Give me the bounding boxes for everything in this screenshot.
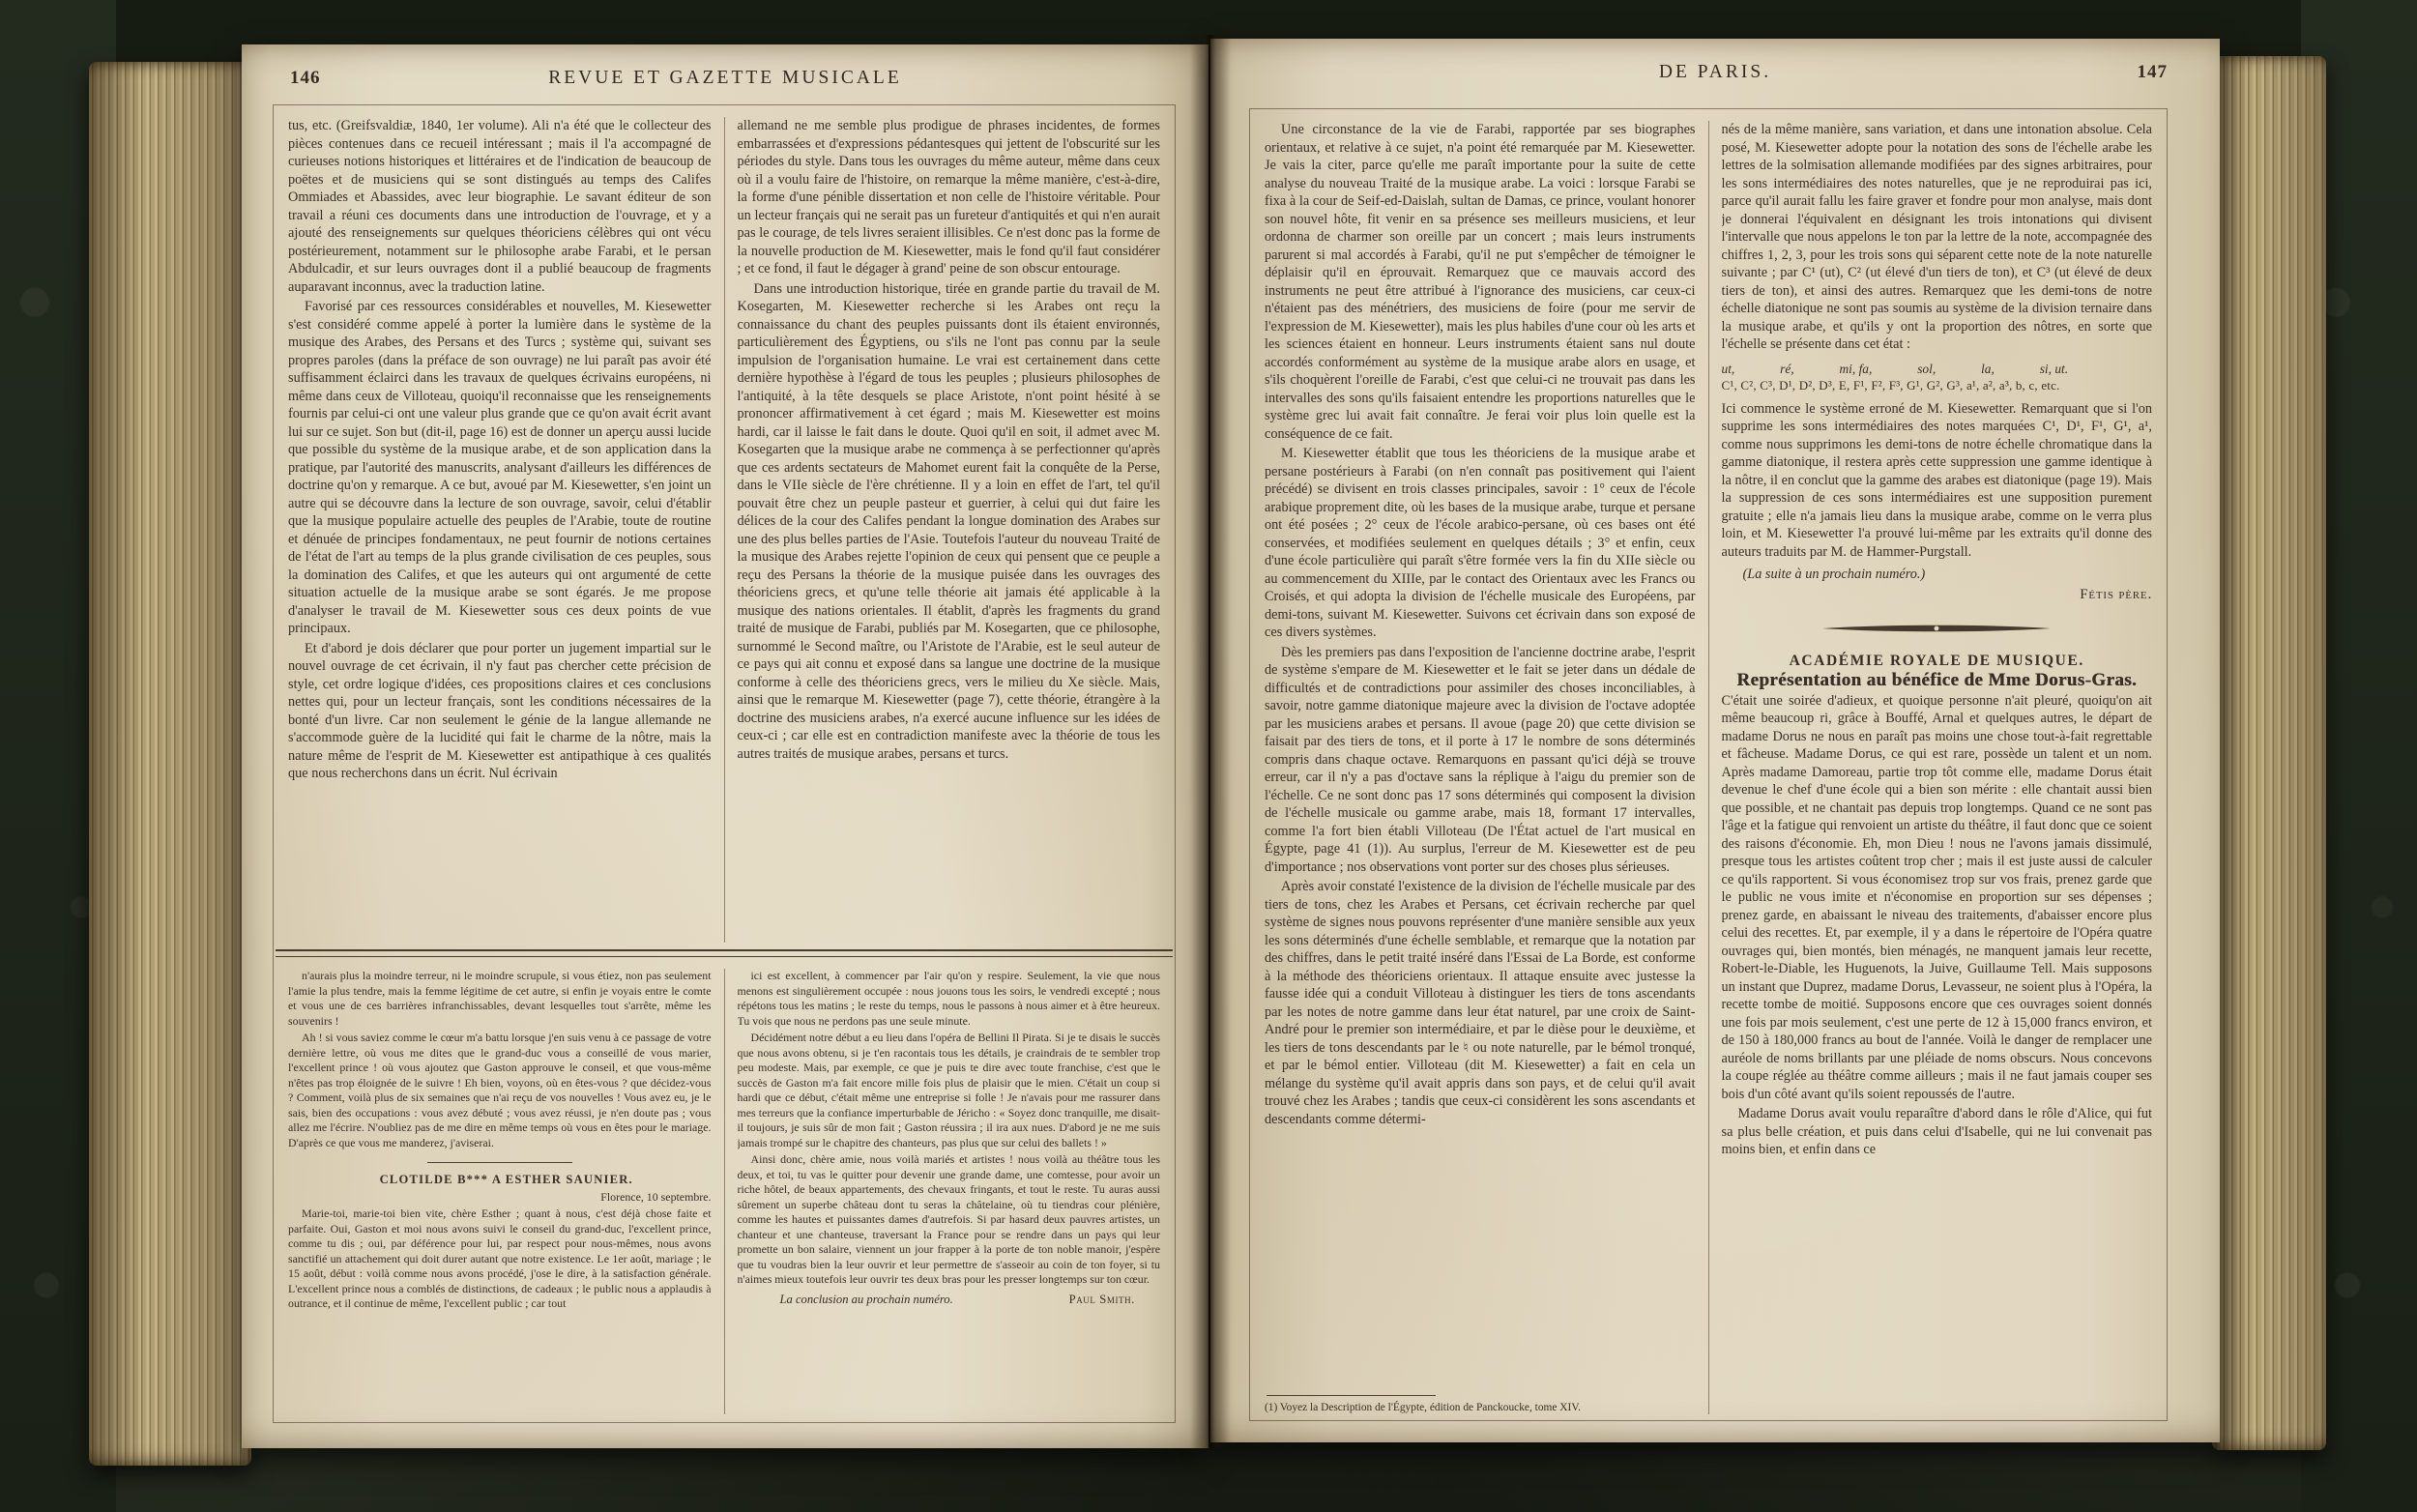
column-rule — [1708, 121, 1709, 1414]
feuilleton-column-2: ici est excellent, à commencer par l'air… — [738, 969, 1161, 1414]
to-be-continued-note: La conclusion au prochain numéro. — [780, 1293, 953, 1308]
paragraph: tus, etc. (Greifsvaldiæ, 1840, 1er volum… — [288, 117, 712, 296]
book-scan: { "left_page": { "page_number": "146", "… — [0, 0, 2417, 1512]
column-rule — [724, 117, 725, 943]
paragraph: Après avoir constaté l'existence de la d… — [1265, 878, 1696, 1128]
paragraph: Une circonstance de la vie de Farabi, ra… — [1265, 121, 1696, 443]
paragraph: Favorisé par ces ressources considérable… — [288, 298, 712, 638]
paragraph: n'aurais plus la moindre terreur, ni le … — [288, 969, 712, 1029]
article-columns: Une circonstance de la vie de Farabi, ra… — [1250, 109, 2167, 1420]
paragraph: Décidément notre début a eu lieu dans l'… — [738, 1031, 1161, 1150]
article-text: Ici commence le système erroné de M. Kie… — [1722, 400, 2153, 562]
author-signature: Fétis père. — [1722, 586, 2153, 604]
section-subheading: Représentation au bénéfice de Mme Dorus-… — [1722, 672, 2153, 690]
music-scale-notation: ut, ré, mi, fa, sol, la, si, ut. C¹, C²,… — [1722, 361, 2153, 393]
review-text: C'était une soirée d'adieux, et quoique … — [1722, 692, 2153, 1159]
paragraph: Et d'abord je dois déclarer que pour por… — [288, 640, 712, 783]
paragraph: C'était une soirée d'adieux, et quoique … — [1722, 692, 2153, 1104]
right-page-header: DE PARIS. 147 — [1210, 62, 2220, 89]
left-page-frame: tus, etc. (Greifsvaldiæ, 1840, 1er volum… — [273, 104, 1176, 1423]
running-title: DE PARIS. — [1210, 62, 2220, 83]
article-column-2: allemand ne me semble plus prodigue de p… — [738, 117, 1161, 943]
page-edges-right — [2212, 56, 2326, 1450]
column-rule — [724, 969, 725, 1414]
letter-heading: CLOTILDE B*** A ESTHER SAUNIER. — [288, 1173, 712, 1188]
article-text: Une circonstance de la vie de Farabi, ra… — [1265, 121, 1696, 1389]
to-be-continued-note: (La suite à un prochain numéro.) — [1722, 566, 2153, 584]
feuilleton-column-1: n'aurais plus la moindre terreur, ni le … — [288, 969, 712, 1414]
right-page-frame: Une circonstance de la vie de Farabi, ra… — [1249, 108, 2168, 1421]
footnote-text: (1) Voyez la Description de l'Égypte, éd… — [1265, 1401, 1696, 1414]
feuilleton-closing-row: La conclusion au prochain numéro. Paul S… — [738, 1290, 1161, 1308]
scale-solfege-row: ut, ré, mi, fa, sol, la, si, ut. — [1722, 361, 2153, 377]
paragraph: M. Kiesewetter établit que tous les théo… — [1265, 445, 1696, 642]
swelled-rule-ornament — [1722, 621, 2153, 639]
page-edges-left — [89, 62, 251, 1466]
feuilleton-letter-body: Marie-toi, marie-toi bien vite, chère Es… — [288, 1207, 712, 1312]
section-heading: ACADÉMIE ROYALE DE MUSIQUE. — [1722, 653, 2153, 671]
feuilleton-letter-end: n'aurais plus la moindre terreur, ni le … — [288, 969, 712, 1150]
paragraph: Marie-toi, marie-toi bien vite, chère Es… — [288, 1207, 712, 1312]
left-page: 146 REVUE ET GAZETTE MUSICALE tus, etc. … — [242, 44, 1208, 1448]
left-page-header: 146 REVUE ET GAZETTE MUSICALE — [242, 68, 1208, 95]
paragraph: Ici commence le système erroné de M. Kie… — [1722, 400, 2153, 562]
paragraph: Ainsi donc, chère amie, nous voilà marié… — [738, 1152, 1161, 1288]
paragraph: ici est excellent, à commencer par l'air… — [738, 969, 1161, 1029]
letter-dateline: Florence, 10 septembre. — [288, 1190, 712, 1206]
article-column-2: nés de la même manière, sans variation, … — [1722, 121, 2153, 1414]
paragraph: Dans une introduction historique, tirée … — [738, 280, 1161, 764]
letter-separator-rule — [427, 1162, 572, 1163]
article-columns: tus, etc. (Greifsvaldiæ, 1840, 1er volum… — [274, 105, 1175, 948]
article-text: nés de la même manière, sans variation, … — [1722, 121, 2153, 354]
article-column-1: tus, etc. (Greifsvaldiæ, 1840, 1er volum… — [288, 117, 712, 943]
footnote-block: (1) Voyez la Description de l'Égypte, éd… — [1265, 1389, 1696, 1414]
paragraph: Dès les premiers pas dans l'exposition d… — [1265, 644, 1696, 877]
right-page: DE PARIS. 147 Une circonstance de la vie… — [1210, 39, 2220, 1442]
feuilleton-section: n'aurais plus la moindre terreur, ni le … — [274, 957, 1175, 1422]
paragraph: allemand ne me semble plus prodigue de p… — [738, 117, 1161, 278]
feuilleton-text: ici est excellent, à commencer par l'air… — [738, 969, 1161, 1288]
article-column-1: Une circonstance de la vie de Farabi, ra… — [1265, 121, 1696, 1414]
paragraph: Madame Dorus avait voulu reparaître d'ab… — [1722, 1105, 2153, 1159]
paragraph: Ah ! si vous saviez comme le cœur m'a ba… — [288, 1031, 712, 1150]
feuilleton-divider-rule — [276, 949, 1173, 957]
scale-letters-row: C¹, C², C³, D¹, D², D³, E, F¹, F², F³, G… — [1722, 377, 2153, 393]
author-signature: Paul Smith. — [1069, 1293, 1135, 1308]
paragraph: nés de la même manière, sans variation, … — [1722, 121, 2153, 354]
footnote-rule — [1267, 1395, 1436, 1396]
running-title: REVUE ET GAZETTE MUSICALE — [242, 68, 1208, 89]
ornament-icon — [1820, 624, 2053, 633]
page-number: 147 — [2138, 62, 2169, 83]
